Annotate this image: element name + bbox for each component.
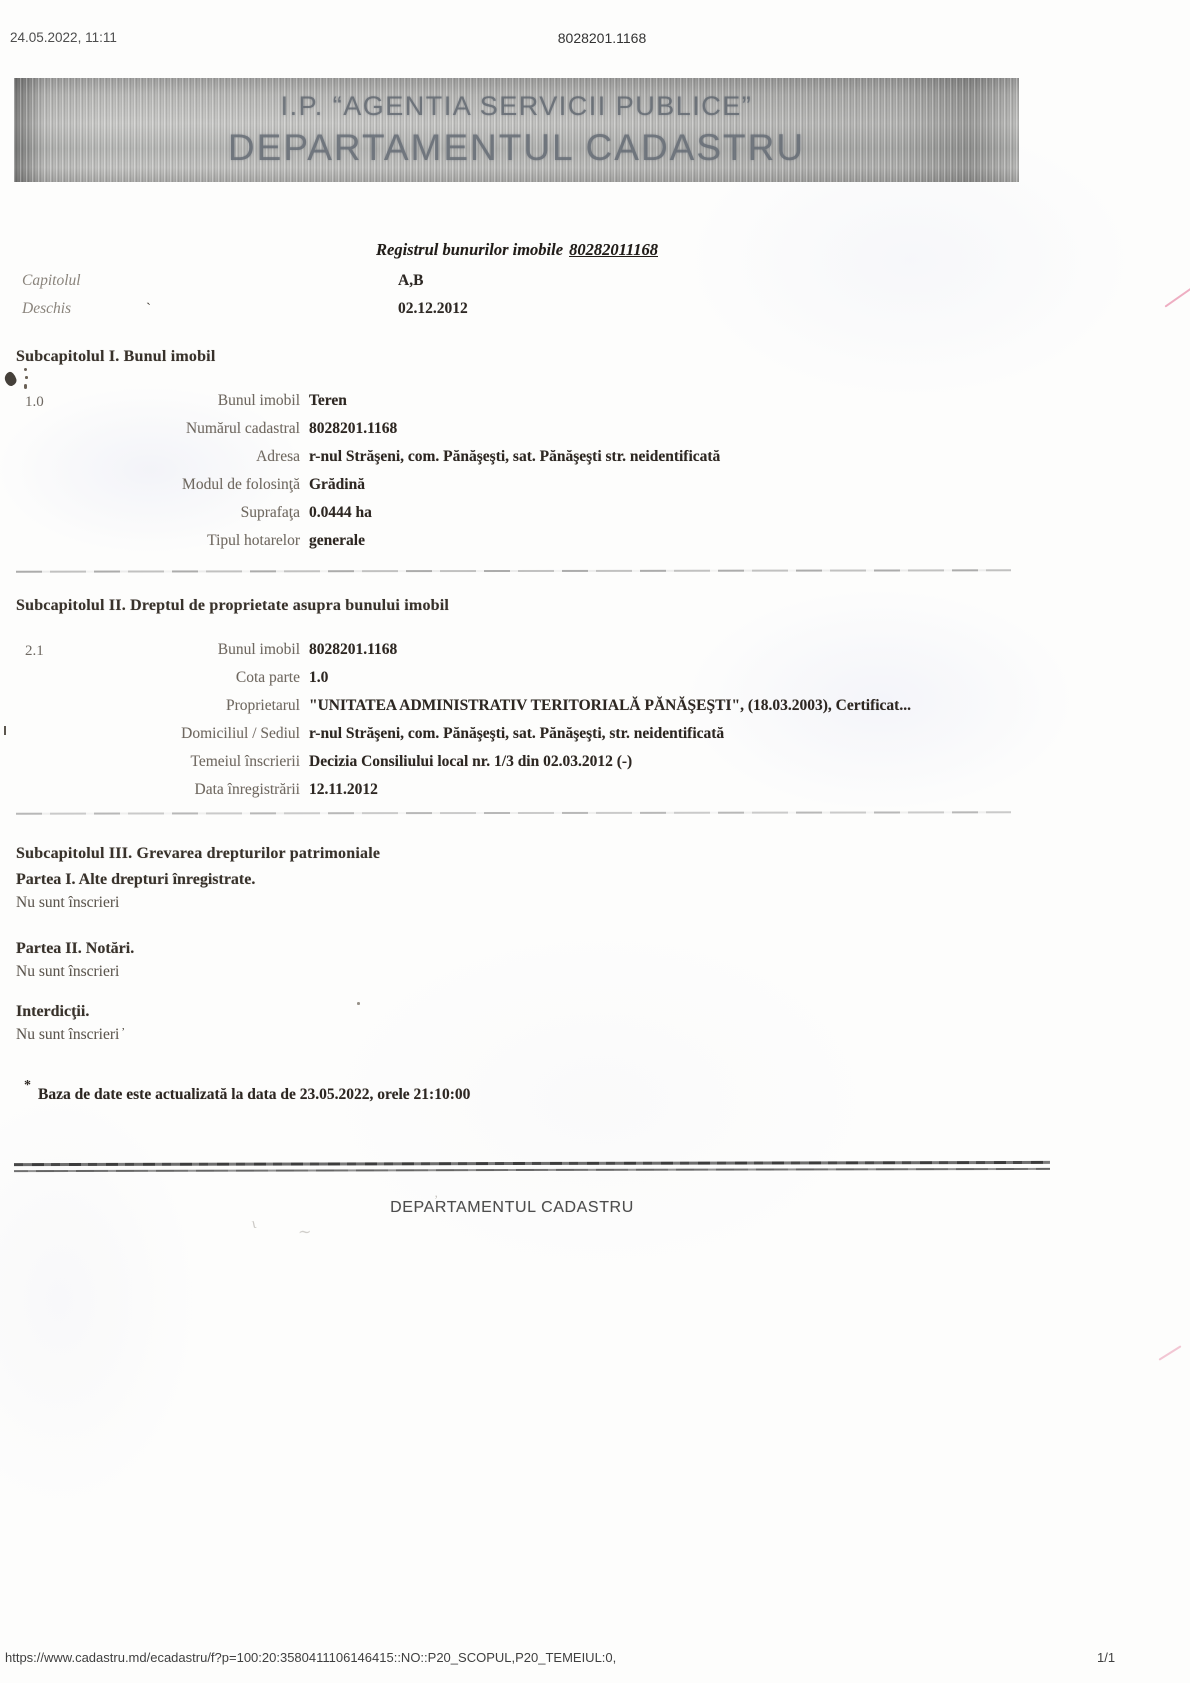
field-label: Proprietarul (0, 697, 300, 715)
part-title: Interdicţii. (16, 1003, 255, 1026)
footnote-reference-mark: ʼ (121, 1026, 125, 1038)
section1-fields: Bunul imobil Teren Numărul cadastral 802… (0, 392, 720, 560)
no-entries-text: Nu sunt înscrieri (16, 1026, 119, 1043)
ink-speck: ˏ (146, 290, 151, 307)
part-value: Nu sunt înscrieri (16, 894, 255, 917)
field-row: Cota parte 1.0 (0, 669, 911, 697)
pen-stroke (1165, 286, 1190, 307)
capitolul-label: Capitolul (22, 272, 81, 290)
field-row: Domiciliul / Sediul r-nul Străşeni, com.… (0, 725, 911, 753)
field-row: Tipul hotarelor generale (0, 532, 720, 560)
field-value: 12.11.2012 (309, 781, 378, 799)
rule-line-bottom (14, 1167, 1050, 1172)
part-title: Partea II. Notări. (16, 940, 255, 963)
ink-blot (3, 371, 18, 388)
capitolul-value: A,B (398, 272, 423, 290)
field-value: 1.0 (309, 669, 328, 687)
register-title: Registrul bunurilor imobile (376, 240, 563, 259)
agency-name: I.P. “AGENTIA SERVICII PUBLICE” (281, 91, 753, 122)
field-row: Numărul cadastral 8028201.1168 (0, 420, 720, 448)
ink-dot (24, 384, 27, 389)
field-value: r-nul Străşeni, com. Pănăşeşti, sat. Păn… (309, 448, 720, 466)
document-number-header: 8028201.1168 (0, 30, 1190, 46)
no-entries-text: Nu sunt înscrieri (16, 963, 119, 980)
section3-parts: Partea I. Alte drepturi înregistrate. Nu… (16, 871, 255, 1049)
section3-part: Partea II. Notări. Nu sunt înscrieri (16, 940, 255, 986)
department-name: DEPARTAMENTUL CADASTRU (228, 127, 805, 169)
register-number: 80282011168 (569, 240, 658, 259)
pencil-mark: ι (250, 1216, 257, 1233)
section3-part: Partea I. Alte drepturi înregistrate. Nu… (16, 871, 255, 917)
section2-title: Subcapitolul II. Dreptul de proprietate … (16, 597, 449, 615)
letterhead-banner: I.P. “AGENTIA SERVICII PUBLICE” DEPARTAM… (14, 78, 1019, 182)
field-label: Domiciliul / Sediul (0, 725, 300, 743)
section3-title: Subcapitolul III. Grevarea drepturilor p… (16, 845, 380, 863)
field-row: Temeiul înscrierii Decizia Consiliului l… (0, 753, 911, 781)
field-label: Data înregistrării (0, 781, 300, 799)
part-title: Partea I. Alte drepturi înregistrate. (16, 871, 255, 894)
section3-part: Interdicţii. Nu sunt înscrieriʼ (16, 1003, 255, 1049)
field-label: Numărul cadastral (0, 420, 300, 438)
field-label: Adresa (0, 448, 300, 466)
section2-fields: Bunul imobil 8028201.1168 Cota parte 1.0… (0, 641, 911, 809)
pen-stroke (1158, 1345, 1181, 1360)
field-label: Suprafaţa (0, 504, 300, 522)
field-value: generale (309, 532, 365, 550)
register-title-line: Registrul bunurilor imobile80282011168 (14, 240, 1020, 260)
footer-page-number: 1/1 (1097, 1650, 1115, 1665)
field-label: Temeiul înscrierii (0, 753, 300, 771)
field-row: Data înregistrării 12.11.2012 (0, 781, 911, 809)
ink-dot (357, 1002, 360, 1005)
margin-tick (4, 726, 6, 735)
field-value: "UNITATEA ADMINISTRATIV TERITORIALĂ PĂNĂ… (309, 697, 911, 715)
scanned-cadastre-document: 24.05.2022, 11:11 8028201.1168 I.P. “AGE… (0, 0, 1190, 1683)
ink-dot (25, 376, 28, 379)
ink-dot (24, 368, 27, 371)
field-value: 8028201.1168 (309, 641, 397, 659)
field-value: 8028201.1168 (309, 420, 397, 438)
field-value: 0.0444 ha (309, 504, 372, 522)
part-value: Nu sunt înscrieri (16, 963, 255, 986)
deschis-label: Deschis (22, 300, 71, 318)
field-label: Bunul imobil (0, 641, 300, 659)
field-label: Cota parte (0, 669, 300, 687)
field-value: r-nul Străşeni, com. Pănăşeşti, sat. Păn… (309, 725, 724, 743)
field-row: Suprafaţa 0.0444 ha (0, 504, 720, 532)
field-value: Decizia Consiliului local nr. 1/3 din 02… (309, 753, 632, 771)
pencil-mark: ∼ (298, 1222, 311, 1242)
section-divider (16, 811, 1011, 814)
field-value: Grădină (309, 476, 365, 494)
field-row: Bunul imobil Teren (0, 392, 720, 420)
field-row: Proprietarul "UNITATEA ADMINISTRATIV TER… (0, 697, 911, 725)
section-divider (16, 569, 1011, 572)
footnote-marker: * (24, 1078, 31, 1094)
field-label: Bunul imobil (0, 392, 300, 410)
footer-url: https://www.cadastru.md/ecadastru/f?p=10… (5, 1650, 616, 1665)
deschis-value: 02.12.2012 (398, 300, 468, 318)
field-label: Tipul hotarelor (0, 532, 300, 550)
section1-title: Subcapitolul I. Bunul imobil (16, 348, 215, 366)
no-entries-text: Nu sunt înscrieri (16, 894, 119, 911)
footnote-text: Baza de date este actualizată la data de… (38, 1086, 470, 1104)
field-label: Modul de folosinţă (0, 476, 300, 494)
field-row: Modul de folosinţă Grădină (0, 476, 720, 504)
thick-rule (14, 1161, 1050, 1172)
field-row: Bunul imobil 8028201.1168 (0, 641, 911, 669)
field-value: Teren (309, 392, 347, 410)
part-value: Nu sunt înscrieriʼ (16, 1026, 255, 1049)
field-row: Adresa r-nul Străşeni, com. Pănăşeşti, s… (0, 448, 720, 476)
rule-line-top (14, 1161, 1050, 1166)
signature-department: DEPARTAMENTUL CADASTRU (0, 1199, 1024, 1217)
